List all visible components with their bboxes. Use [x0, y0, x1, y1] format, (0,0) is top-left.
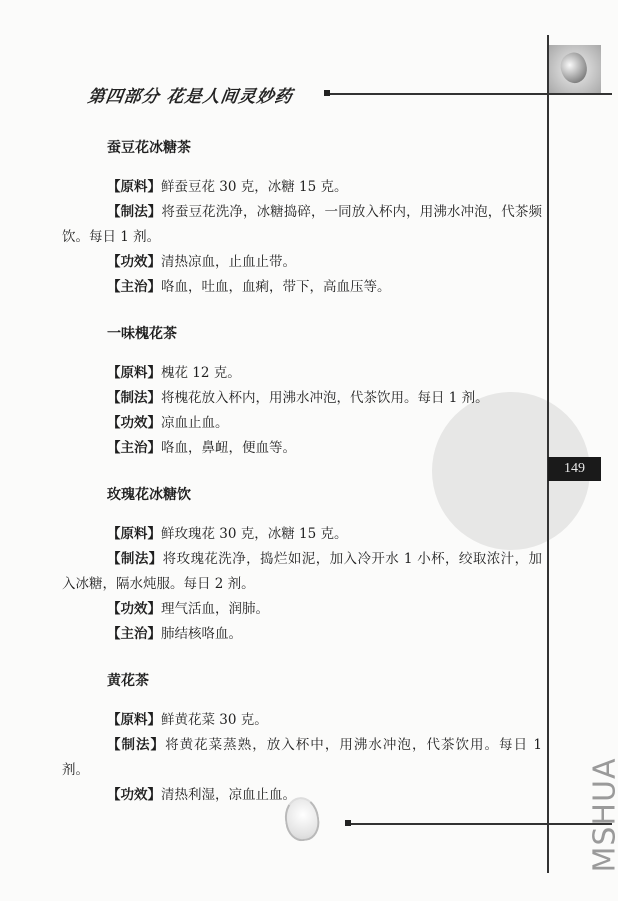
label-indication: 【主治】: [107, 626, 161, 642]
effect-text: 凉血止血。: [161, 415, 229, 431]
recipe: 一味槐花茶 【原料】槐花 12 克。 【制法】将槐花放入杯内，用沸水冲泡，代茶饮…: [62, 322, 542, 461]
page-number: 149: [548, 457, 601, 481]
recipe: 黄花茶 【原料】鲜黄花菜 30 克。 【制法】将黄花菜蒸熟，放入杯中，用沸水冲泡…: [62, 669, 542, 808]
watermark: MSHUA: [588, 783, 618, 873]
label-effect: 【功效】: [107, 601, 161, 617]
ingredients-text: 槐花 12 克。: [161, 365, 241, 381]
recipe-title: 一味槐花茶: [62, 322, 542, 347]
recipe-effect: 【功效】清热凉血，止血止带。: [62, 250, 542, 275]
label-ingredients: 【原料】: [107, 712, 161, 728]
label-ingredients: 【原料】: [107, 365, 161, 381]
recipe-method: 【制法】将槐花放入杯内，用沸水冲泡，代茶饮用。每日 1 剂。: [62, 386, 542, 411]
ingredients-text: 鲜蚕豆花 30 克，冰糖 15 克。: [161, 179, 348, 195]
label-effect: 【功效】: [107, 254, 161, 270]
indication-text: 咯血，鼻衄，便血等。: [161, 440, 296, 456]
recipe-indication: 【主治】咯血，鼻衄，便血等。: [62, 436, 542, 461]
recipe-title: 玫瑰花冰糖饮: [62, 483, 542, 508]
effect-text: 理气活血，润肺。: [161, 601, 269, 617]
label-ingredients: 【原料】: [107, 179, 161, 195]
effect-text: 清热利湿，凉血止血。: [161, 787, 296, 803]
indication-text: 咯血，吐血，血痢，带下，高血压等。: [161, 279, 391, 295]
label-effect: 【功效】: [107, 415, 161, 431]
recipe: 玫瑰花冰糖饮 【原料】鲜玫瑰花 30 克，冰糖 15 克。 【制法】将玫瑰花洗净…: [62, 483, 542, 647]
ingredients-text: 鲜黄花菜 30 克。: [161, 712, 268, 728]
label-method: 【制法】: [107, 551, 163, 567]
header-rule: [330, 93, 612, 95]
margin-vertical-rule: [547, 35, 549, 873]
recipe-ingredients: 【原料】鲜玫瑰花 30 克，冰糖 15 克。: [62, 522, 542, 547]
effect-text: 清热凉血，止血止带。: [161, 254, 296, 270]
method-text: 将槐花放入杯内，用沸水冲泡，代茶饮用。每日 1 剂。: [161, 390, 489, 406]
recipe-title: 黄花茶: [62, 669, 542, 694]
label-method: 【制法】: [107, 390, 161, 406]
recipe-ingredients: 【原料】鲜蚕豆花 30 克，冰糖 15 克。: [62, 175, 542, 200]
recipe-effect: 【功效】凉血止血。: [62, 411, 542, 436]
recipe-effect: 【功效】理气活血，润肺。: [62, 597, 542, 622]
label-indication: 【主治】: [107, 440, 161, 456]
section-header-title: 第四部分 花是人间灵妙药: [86, 82, 294, 107]
recipe: 蚕豆花冰糖茶 【原料】鲜蚕豆花 30 克，冰糖 15 克。 【制法】将蚕豆花洗净…: [62, 136, 542, 300]
recipe-ingredients: 【原料】槐花 12 克。: [62, 361, 542, 386]
indication-text: 肺结核咯血。: [161, 626, 242, 642]
recipe-method: 【制法】将蚕豆花洗净，冰糖捣碎，一同放入杯内，用沸水冲泡，代茶频饮。每日 1 剂…: [62, 200, 542, 250]
label-effect: 【功效】: [107, 787, 161, 803]
label-method: 【制法】: [107, 204, 161, 220]
recipe-method: 【制法】将玫瑰花洗净，捣烂如泥，加入冷开水 1 小杯，绞取浓汁，加入冰糖，隔水炖…: [62, 547, 542, 597]
footer-rule: [351, 823, 612, 825]
recipe-indication: 【主治】肺结核咯血。: [62, 622, 542, 647]
recipe-title: 蚕豆花冰糖茶: [62, 136, 542, 161]
recipe-indication: 【主治】咯血，吐血，血痢，带下，高血压等。: [62, 275, 542, 300]
recipe-ingredients: 【原料】鲜黄花菜 30 克。: [62, 708, 542, 733]
ingredients-text: 鲜玫瑰花 30 克，冰糖 15 克。: [161, 526, 348, 542]
recipe-method: 【制法】将黄花菜蒸熟，放入杯中，用沸水冲泡，代茶饮用。每日 1 剂。: [62, 733, 542, 783]
label-ingredients: 【原料】: [107, 526, 161, 542]
page-content: 蚕豆花冰糖茶 【原料】鲜蚕豆花 30 克，冰糖 15 克。 【制法】将蚕豆花洗净…: [62, 136, 542, 830]
label-method: 【制法】: [107, 737, 165, 753]
label-indication: 【主治】: [107, 279, 161, 295]
